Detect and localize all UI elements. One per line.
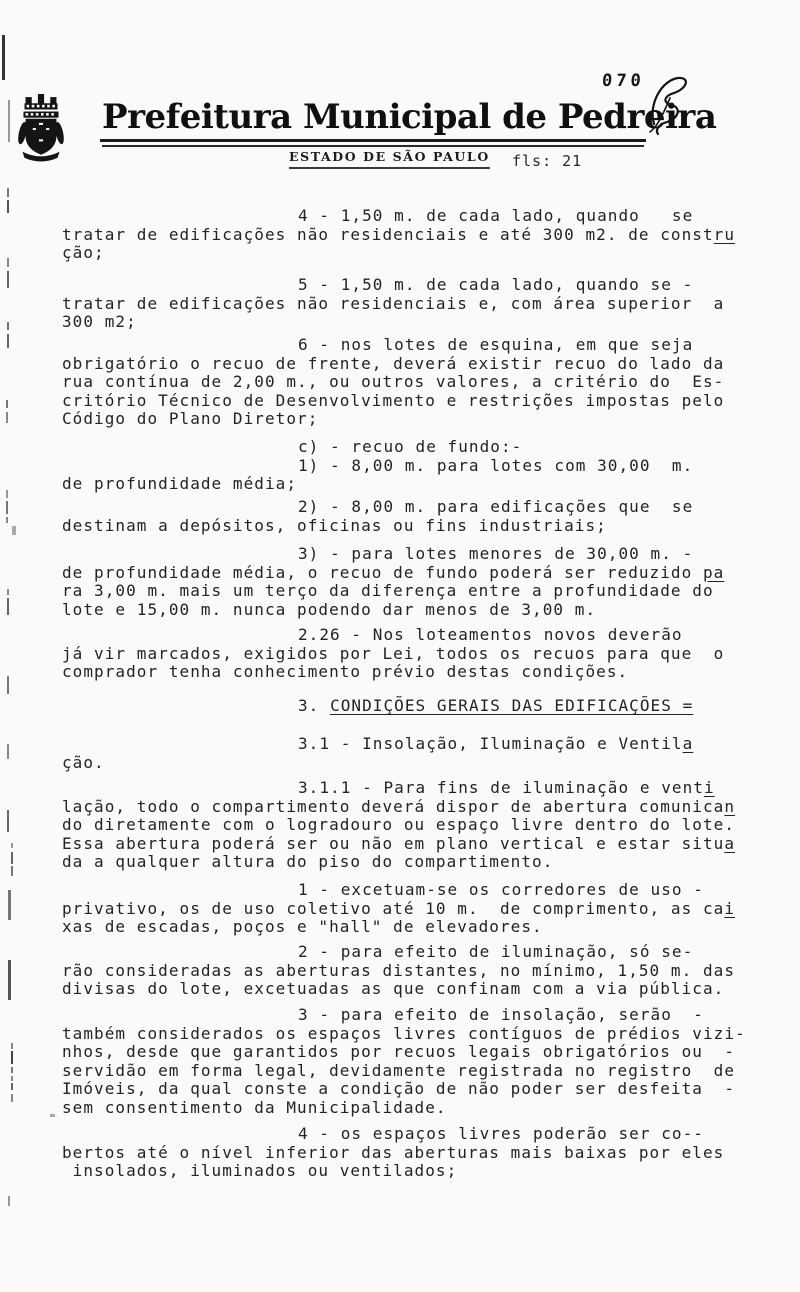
text-line: bertos até o nível inferior das abertura… bbox=[62, 1144, 762, 1163]
paragraph: 5 - 1,50 m. de cada lado, quando se -tra… bbox=[62, 276, 762, 332]
text-line: critório Técnico de Desenvolvimento e re… bbox=[62, 392, 762, 411]
text-line: do diretamente com o logradouro ou espaç… bbox=[62, 816, 762, 835]
paragraph: 4 - 1,50 m. de cada lado, quando setrata… bbox=[62, 207, 762, 263]
text-line: comprador tenha conhecimento prévio dest… bbox=[62, 663, 762, 682]
margin-mark bbox=[7, 589, 9, 595]
text-line: xas de escadas, poços e "hall" de elevad… bbox=[62, 918, 762, 937]
margin-mark bbox=[11, 1083, 13, 1090]
text-line: 2 - para efeito de iluminação, só se- bbox=[62, 943, 762, 962]
text-line: tratar de edificações não residenciais e… bbox=[62, 295, 762, 314]
text-line: ra 3,00 m. mais um terço da diferença en… bbox=[62, 582, 762, 601]
text-line: 2) - 8,00 m. para edificações que se bbox=[62, 498, 762, 517]
paragraph: 1 - excetuam-se os corredores de uso -pr… bbox=[62, 881, 762, 937]
margin-mark bbox=[7, 334, 9, 348]
paragraph: 3.1 - Insolação, Iluminação e Ventilação… bbox=[62, 735, 762, 772]
paragraph: 3) - para lotes menores de 30,00 m. -de … bbox=[62, 545, 762, 619]
margin-mark bbox=[11, 1094, 13, 1102]
text-line: de profundidade média, o recuo de fundo … bbox=[62, 564, 762, 583]
text-line: da a qualquer altura do piso do comparti… bbox=[62, 853, 762, 872]
margin-mark bbox=[50, 1114, 55, 1117]
margin-mark bbox=[7, 676, 9, 694]
signature-rubric-icon bbox=[640, 74, 704, 140]
margin-mark bbox=[11, 1051, 13, 1064]
text-line: 3 - para efeito de insolação, serão - bbox=[62, 1006, 762, 1025]
margin-mark bbox=[7, 258, 9, 267]
paragraph: c) - recuo de fundo:-1) - 8,00 m. para l… bbox=[62, 438, 762, 494]
text-line: insolados, iluminados ou ventilados; bbox=[62, 1162, 762, 1181]
text-line: 5 - 1,50 m. de cada lado, quando se - bbox=[62, 276, 762, 295]
margin-mark bbox=[7, 598, 9, 615]
margin-mark bbox=[7, 200, 9, 213]
text-line: tratar de edificações não residenciais e… bbox=[62, 226, 762, 245]
text-line: 4 - os espaços livres poderão ser co-- bbox=[62, 1125, 762, 1144]
text-line: 3.1.1 - Para fins de iluminação e venti bbox=[62, 779, 762, 798]
paragraph: 4 - os espaços livres poderão ser co--be… bbox=[62, 1125, 762, 1181]
scanned-document-page: Prefeitura Municipal de Pedreira ESTADO … bbox=[0, 0, 800, 1292]
text-line: 3) - para lotes menores de 30,00 m. - bbox=[62, 545, 762, 564]
text-line: c) - recuo de fundo:- bbox=[62, 438, 762, 457]
text-line: sem consentimento da Municipalidade. bbox=[62, 1099, 762, 1118]
text-line: 3. CONDIÇÕES GERAIS DAS EDIFICAÇÕES = bbox=[62, 697, 762, 716]
text-line: rua contínua de 2,00 m., ou outros valor… bbox=[62, 373, 762, 392]
margin-mark bbox=[8, 960, 11, 1000]
text-line: divisas do lote, excetuadas as que confi… bbox=[62, 980, 762, 999]
margin-mark bbox=[6, 490, 8, 498]
text-line: ção; bbox=[62, 244, 762, 263]
paragraph: 3 - para efeito de insolação, serão -tam… bbox=[62, 1006, 762, 1118]
text-line: destinam a depósitos, oficinas ou fins i… bbox=[62, 517, 762, 536]
text-line: 300 m2; bbox=[62, 313, 762, 332]
margin-mark bbox=[6, 400, 8, 408]
page-title: Prefeitura Municipal de Pedreira bbox=[102, 97, 662, 137]
margin-mark bbox=[6, 412, 8, 423]
text-line: 1) - 8,00 m. para lotes com 30,00 m. bbox=[62, 457, 762, 476]
text-line: nhos, desde que garantidos por recuos le… bbox=[62, 1043, 762, 1062]
margin-mark bbox=[2, 35, 5, 80]
paragraph: 3.1.1 - Para fins de iluminação e ventil… bbox=[62, 779, 762, 872]
text-line: privativo, os de uso coletivo até 10 m. … bbox=[62, 900, 762, 919]
title-rule-top bbox=[100, 139, 646, 142]
margin-mark bbox=[6, 517, 8, 523]
paragraph: 6 - nos lotes de esquina, em que sejaobr… bbox=[62, 336, 762, 429]
margin-mark bbox=[7, 271, 9, 288]
text-line: 1 - excetuam-se os corredores de uso - bbox=[62, 881, 762, 900]
text-line: 4 - 1,50 m. de cada lado, quando se bbox=[62, 207, 762, 226]
text-line: de profundidade média; bbox=[62, 475, 762, 494]
margin-mark bbox=[11, 866, 13, 876]
text-line: 3.1 - Insolação, Iluminação e Ventila bbox=[62, 735, 762, 754]
text-line: também considerados os espaços livres co… bbox=[62, 1025, 762, 1044]
stamp-number: 070 bbox=[601, 71, 645, 91]
text-line: servidão em forma legal, devidamente reg… bbox=[62, 1062, 762, 1081]
margin-mark bbox=[8, 1196, 10, 1206]
margin-mark bbox=[7, 188, 9, 197]
margin-mark bbox=[11, 1043, 13, 1049]
margin-mark bbox=[11, 843, 13, 848]
margin-mark bbox=[7, 322, 9, 330]
margin-mark bbox=[6, 501, 8, 514]
paragraph: 2.26 - Nos loteamentos novos deverãojá v… bbox=[62, 626, 762, 682]
margin-mark bbox=[8, 890, 11, 920]
margin-mark bbox=[11, 1076, 13, 1081]
page-reference: fls: 21 bbox=[512, 152, 582, 170]
margin-mark bbox=[7, 810, 9, 832]
margin-mark bbox=[11, 852, 13, 864]
text-line: já vir marcados, exigidos por Lei, todos… bbox=[62, 645, 762, 664]
text-line: 6 - nos lotes de esquina, em que seja bbox=[62, 336, 762, 355]
text-line: 2.26 - Nos loteamentos novos deverão bbox=[62, 626, 762, 645]
paragraph: 2 - para efeito de iluminação, só se-rão… bbox=[62, 943, 762, 999]
paragraph: 2) - 8,00 m. para edificações que sedest… bbox=[62, 498, 762, 535]
coat-of-arms-icon bbox=[18, 94, 64, 162]
text-line: rão consideradas as aberturas distantes,… bbox=[62, 962, 762, 981]
text-line: lote e 15,00 m. nunca podendo dar menos … bbox=[62, 601, 762, 620]
title-rule-bottom bbox=[102, 145, 644, 147]
state-subtitle: ESTADO DE SÃO PAULO bbox=[289, 149, 490, 169]
margin-mark bbox=[8, 100, 10, 142]
margin-mark bbox=[7, 744, 9, 759]
margin-mark bbox=[11, 1067, 13, 1073]
text-line: lação, todo o compartimento deverá dispo… bbox=[62, 798, 762, 817]
text-line: obrigatório o recuo de frente, deverá ex… bbox=[62, 355, 762, 374]
text-line: ção. bbox=[62, 754, 762, 773]
paragraph: 3. CONDIÇÕES GERAIS DAS EDIFICAÇÕES = bbox=[62, 697, 762, 716]
text-line: Imóveis, da qual conste a condição de nã… bbox=[62, 1080, 762, 1099]
text-line: Essa abertura poderá ser ou não em plano… bbox=[62, 835, 762, 854]
margin-mark bbox=[12, 526, 16, 535]
text-line: Código do Plano Diretor; bbox=[62, 410, 762, 429]
